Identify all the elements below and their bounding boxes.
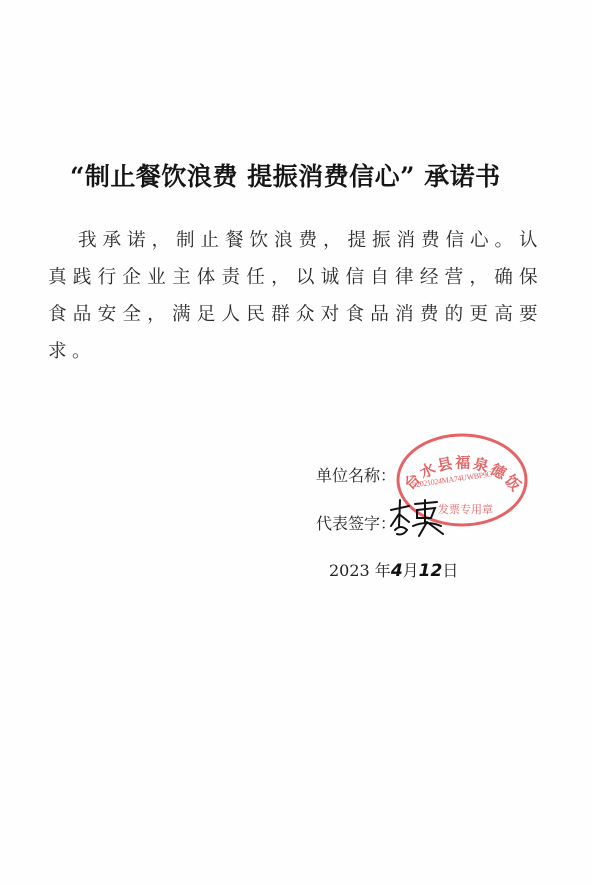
- date-month: 4: [391, 561, 403, 581]
- handwritten-signature-icon: [387, 496, 447, 538]
- representative-label: 代表签字：: [316, 514, 396, 533]
- commitment-paragraph: 我承诺，制止餐饮浪费，提振消费信心。认真践行企业主体责任，以诚信自律经营，确保食…: [48, 222, 543, 370]
- date-year-suffix: 年: [370, 561, 391, 580]
- unit-name-field: 单位名称：: [316, 463, 396, 486]
- document-title: “制止餐饮浪费 提振消费信心” 承诺书: [70, 157, 520, 193]
- date-field: 2023 年4月12日: [329, 558, 458, 581]
- representative-signature-field: 代表签字：: [316, 511, 396, 534]
- unit-name-label: 单位名称：: [316, 466, 396, 485]
- date-day: 12: [419, 561, 443, 581]
- date-year: 2023: [329, 561, 370, 580]
- date-day-suffix: 日: [442, 561, 458, 580]
- date-month-suffix: 月: [403, 561, 419, 580]
- document-page: “制止餐饮浪费 提振消费信心” 承诺书 我承诺，制止餐饮浪费，提振消费信心。认真…: [0, 0, 591, 886]
